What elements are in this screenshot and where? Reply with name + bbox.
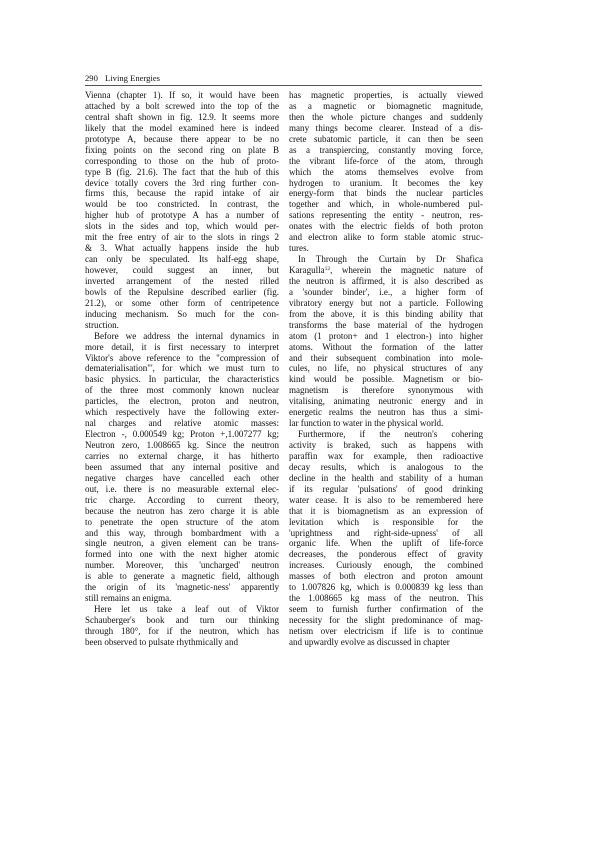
- text-line: number. Moreover, this 'uncharged' neutr…: [85, 560, 279, 571]
- text-line: likely that the model examined here is i…: [85, 123, 279, 134]
- text-line: and this way, through bombardment with a: [85, 528, 279, 539]
- text-line: formed into one with the next higher ato…: [85, 549, 279, 560]
- text-line: central shaft shown in fig. 12.9. It see…: [85, 112, 279, 123]
- text-line: carries no external charge, it has hithe…: [85, 451, 279, 462]
- text-line: and electron alike to form stable atomic…: [289, 232, 483, 243]
- text-line: magnetism is therefore synonymous with: [289, 385, 483, 396]
- book-page: 290 Living Energies Vienna (chapter 1). …: [0, 0, 595, 842]
- text-line: atoms. Without the formation of the latt…: [289, 342, 483, 353]
- text-line: Electron -, 0.000549 kg; Proton +,1.0072…: [85, 429, 279, 440]
- paragraph: has magnetic properties, is actually vie…: [289, 90, 483, 254]
- text-line: the neutron is affirmed, it is also desc…: [289, 276, 483, 287]
- right-text-column: has magnetic properties, is actually vie…: [289, 90, 483, 648]
- text-line: sations representing the entity - neutro…: [289, 210, 483, 221]
- text-line: crete subatomic particle, it can then be…: [289, 134, 483, 145]
- text-line: and their subsequent combination into mo…: [289, 353, 483, 364]
- text-line: still remains an enigma.: [85, 593, 279, 604]
- text-line: 'uprightness and right-side-upness' of a…: [289, 528, 483, 539]
- text-line: Here let us take a leaf out of Viktor: [85, 604, 279, 615]
- text-line: vibratory energy but not a particle. Fol…: [289, 298, 483, 309]
- text-line: tures.: [289, 243, 483, 254]
- text-line: Before we address the internal dynamics …: [85, 331, 279, 342]
- text-line: seem to furnish further confirmation of …: [289, 604, 483, 615]
- text-line: energy-form that binds the nuclear parti…: [289, 188, 483, 199]
- footnote-marker: 12: [325, 266, 331, 272]
- text-line: that it is biomagnetism as an expression…: [289, 506, 483, 517]
- text-line: fixing points on the second ring on plat…: [85, 145, 279, 156]
- text-line: attached by a bolt screwed into the top …: [85, 101, 279, 112]
- text-line: the vibrant life-force of the atom, thro…: [289, 156, 483, 167]
- text-line: Furthermore, if the neutron's cohering: [289, 429, 483, 440]
- text-line: Viktor's above reference to the "compres…: [85, 353, 279, 364]
- text-line: organic life. When the uplift of life-fo…: [289, 538, 483, 549]
- text-line: been assumed that any internal positive …: [85, 462, 279, 473]
- paragraph: In Through the Curtain by Dr ShaficaKara…: [289, 254, 483, 429]
- text-line: would be too constricted. In contrast, t…: [85, 199, 279, 210]
- text-line: device totally covers the 3rd ring furth…: [85, 178, 279, 189]
- text-line: more detail, it is first necessary to in…: [85, 342, 279, 353]
- page-number: 290: [85, 73, 98, 83]
- text-line: kind would be possible. Magnetism or bio…: [289, 374, 483, 385]
- text-line: water cease. It is also to be remembered…: [289, 495, 483, 506]
- text-line: the origin of its 'magnetic-ness' appare…: [85, 582, 279, 593]
- text-line: together and which, in whole-numbered pu…: [289, 199, 483, 210]
- text-line: dematerialisation"', for which we must t…: [85, 363, 279, 374]
- text-line: hydrogen to uranium. It becomes the key: [289, 178, 483, 189]
- text-line: netism over electricism if life is to co…: [289, 626, 483, 637]
- text-line: slots in the sides and top, which would …: [85, 221, 279, 232]
- text-line: from the above, it is this binding abili…: [289, 309, 483, 320]
- text-line: is able to generate a magnetic field, al…: [85, 571, 279, 582]
- text-line: however, could suggest an inner, but: [85, 265, 279, 276]
- text-line: to penetrate the open structure of the a…: [85, 517, 279, 528]
- text-line: decline in the health and stability of a…: [289, 473, 483, 484]
- text-line: inverted arrangement of the nested rille…: [85, 276, 279, 287]
- text-line: lar function to water in the physical wo…: [289, 418, 483, 429]
- text-line: Karagulla12, wherein the magnetic nature…: [289, 265, 483, 276]
- text-line: decreases, the ponderous effect of gravi…: [289, 549, 483, 560]
- text-line: can only be speculated. Its half-egg sha…: [85, 254, 279, 265]
- paragraph: Before we address the internal dynamics …: [85, 331, 279, 604]
- text-line: as a magnetic or biomagnetic magnitude,: [289, 101, 483, 112]
- paragraph: Furthermore, if the neutron's coheringac…: [289, 429, 483, 648]
- text-line: negative charges have cancelled each oth…: [85, 473, 279, 484]
- text-line: then the whole picture changes and sudde…: [289, 112, 483, 123]
- left-text-column: Vienna (chapter 1). If so, it would have…: [85, 90, 279, 648]
- text-line: because the neutron has zero charge it i…: [85, 506, 279, 517]
- text-line: decay results, which is analogous to the: [289, 462, 483, 473]
- text-line: increases. Curiously enough, the combine…: [289, 560, 483, 571]
- text-line: which the atoms themselves evolve from: [289, 167, 483, 178]
- text-line: basic physics. In particular, the charac…: [85, 374, 279, 385]
- text-line: and upwardly evolve as discussed in chap…: [289, 637, 483, 648]
- text-line: cules, no life, no physical structures o…: [289, 363, 483, 374]
- text-line: Schauberger's book and turn our thinking: [85, 615, 279, 626]
- text-line: transforms the base material of the hydr…: [289, 320, 483, 331]
- text-line: bowls of the Repulsine described earlier…: [85, 287, 279, 298]
- text-line: been observed to pulsate rhythmically an…: [85, 637, 279, 648]
- text-line: a 'sounder binder', i.e., a higher form …: [289, 287, 483, 298]
- text-line: inducing mechanism. So much for the con-: [85, 309, 279, 320]
- text-line: single neutron, a given element can be t…: [85, 538, 279, 549]
- paragraph: Here let us take a leaf out of ViktorSch…: [85, 604, 279, 648]
- text-line: prototype A, because there appear to be …: [85, 134, 279, 145]
- text-line: Vienna (chapter 1). If so, it would have…: [85, 90, 279, 101]
- running-header: 290 Living Energies: [85, 72, 482, 86]
- text-line: levitation which is responsible for the: [289, 517, 483, 528]
- text-line: atom (1 proton+ and 1 electron-) into hi…: [289, 331, 483, 342]
- text-line: 21.2), or some other form of centripeten…: [85, 298, 279, 309]
- paragraph: Vienna (chapter 1). If so, it would have…: [85, 90, 279, 331]
- text-line: if its regular 'pulsations' of good drin…: [289, 484, 483, 495]
- text-line: vitalising, animating neutronic energy a…: [289, 396, 483, 407]
- text-line: In Through the Curtain by Dr Shafica: [289, 254, 483, 265]
- text-line: as a transpiercing, constantly moving fo…: [289, 145, 483, 156]
- text-line: corresponding to those on the hub of pro…: [85, 156, 279, 167]
- text-line: to 1.007826 kg, which is 0.000839 kg les…: [289, 582, 483, 593]
- text-line: mit the free entry of air to the slots i…: [85, 232, 279, 243]
- text-line: activity is braked, such as happens with: [289, 440, 483, 451]
- text-line: which respectively have the following ex…: [85, 407, 279, 418]
- text-line: Neutron zero, 1.008665 kg. Since the neu…: [85, 440, 279, 451]
- text-line: many things become clearer. Instead of a…: [289, 123, 483, 134]
- text-line: particles, the electron, proton and neut…: [85, 396, 279, 407]
- text-line: & 3. What actually happens inside the hu…: [85, 243, 279, 254]
- text-line: necessity for the slight predominance of…: [289, 615, 483, 626]
- text-line: tric charge. According to current theory…: [85, 495, 279, 506]
- text-line: through 180°, for if the neutron, which …: [85, 626, 279, 637]
- text-line: type B (fig. 21.6). The fact that the hu…: [85, 167, 279, 178]
- text-line: masses of both electron and proton amoun…: [289, 571, 483, 582]
- text-line: of the three most commonly known nuclear: [85, 385, 279, 396]
- text-line: the 1.008665 kg mass of the neutron. Thi…: [289, 593, 483, 604]
- text-line: nal charges and relative atomic masses:: [85, 418, 279, 429]
- text-line: higher hub of prototype A has a number o…: [85, 210, 279, 221]
- running-title: Living Energies: [105, 73, 160, 83]
- text-line: paraffin wax for example, then radioacti…: [289, 451, 483, 462]
- text-line: firms this, because the rapid intake of …: [85, 188, 279, 199]
- text-line: energetic realms the neutron has thus a …: [289, 407, 483, 418]
- text-line: out, i.e. there is no measurable externa…: [85, 484, 279, 495]
- text-line: has magnetic properties, is actually vie…: [289, 90, 483, 101]
- text-line: onates with the electric fields of both …: [289, 221, 483, 232]
- text-line: struction.: [85, 320, 279, 331]
